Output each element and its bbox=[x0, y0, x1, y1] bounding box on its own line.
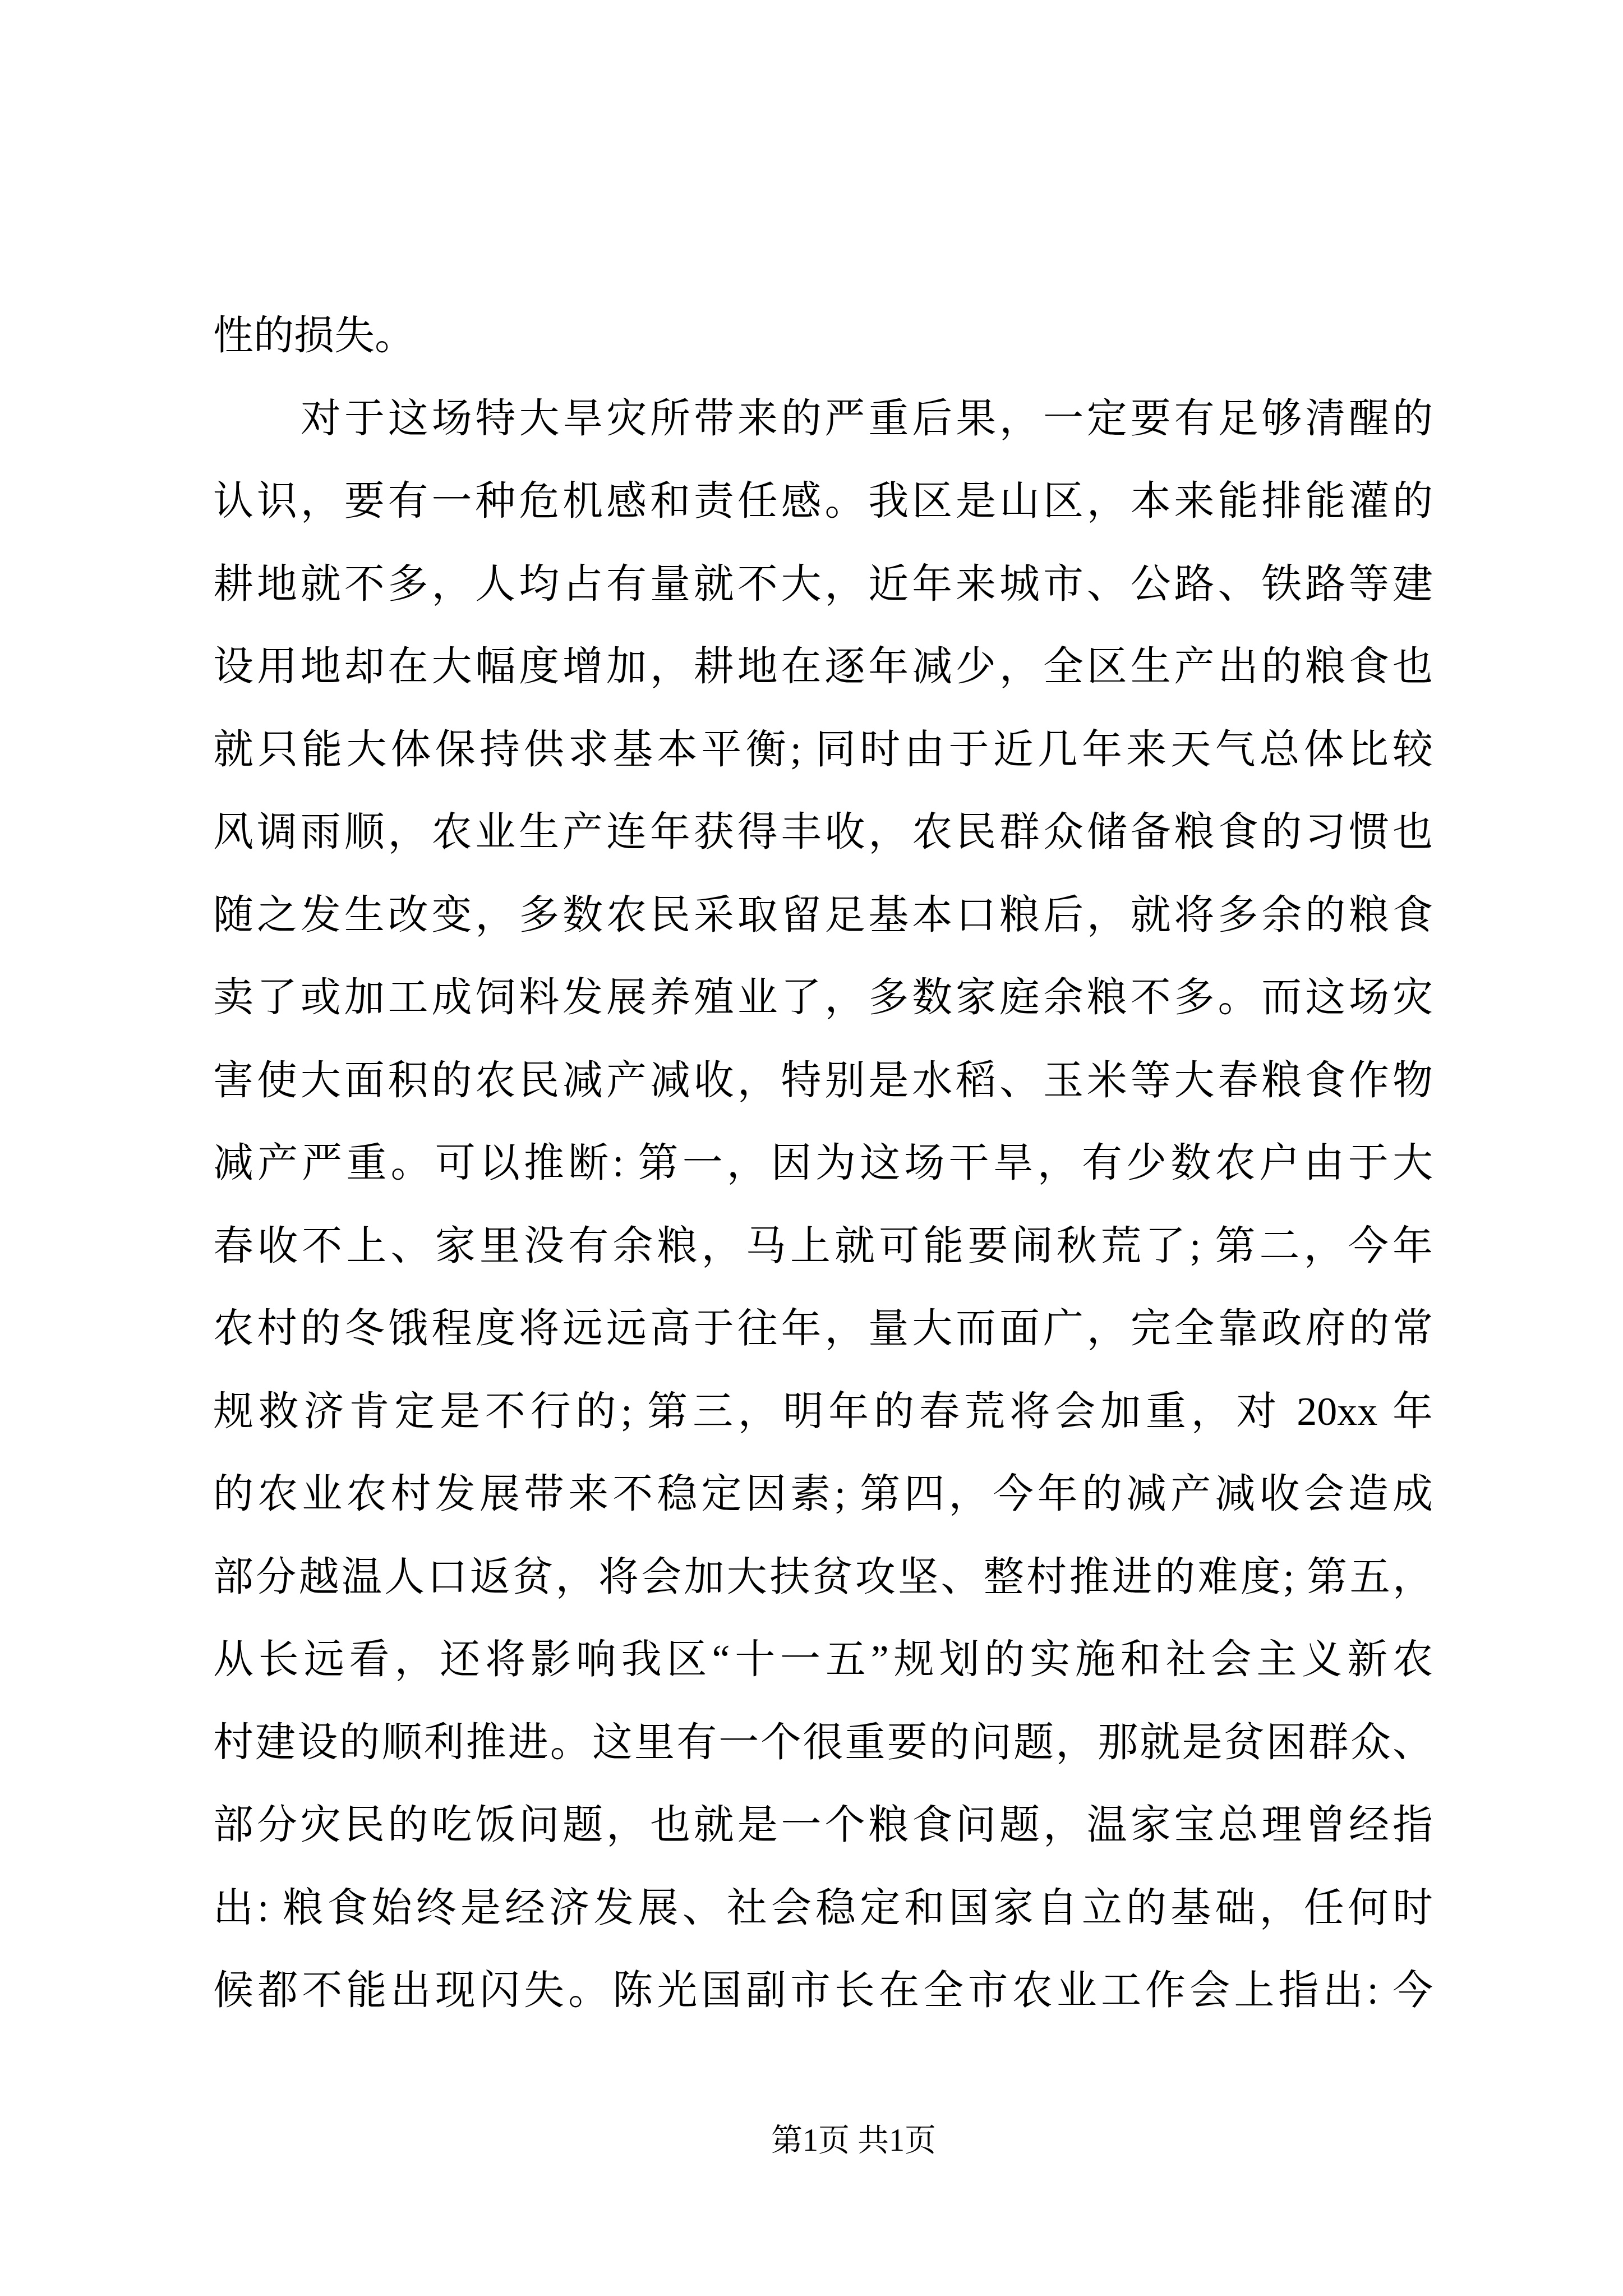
text-line: 部分灾民的吃饭问题，也就是一个粮食问题，温家宝总理曾经指 bbox=[213, 1784, 1433, 1867]
text-line: 认识，要有一种危机感和责任感。我区是山区，本来能排能灌的 bbox=[213, 460, 1433, 543]
text-line: 随之发生改变，多数农民采取留足基本口粮后，就将多余的粮食 bbox=[213, 874, 1433, 957]
text-line: 设用地却在大幅度增加，耕地在逐年减少，全区生产出的粮食也 bbox=[213, 625, 1433, 708]
text-line: 风调雨顺，农业生产连年获得丰收，农民群众储备粮食的习惯也 bbox=[213, 791, 1433, 874]
text-line: 农村的冬饿程度将远远高于往年，量大而面广，完全靠政府的常 bbox=[213, 1287, 1433, 1370]
text-line: 减产严重。可以推断: 第一，因为这场干旱，有少数农户由于大 bbox=[213, 1122, 1433, 1205]
text-line: 害使大面积的农民减产减收，特别是水稻、玉米等大春粮食作物 bbox=[213, 1039, 1433, 1122]
text-line: 从长远看，还将影响我区“十一五”规划的实施和社会主义新农 bbox=[213, 1618, 1433, 1701]
text-line: 春收不上、家里没有余粮，马上就可能要闹秋荒了; 第二，今年 bbox=[213, 1205, 1433, 1288]
document-page: 性的损失。 对于这场特大旱灾所带来的严重后果，一定要有足够清醒的 认识，要有一种… bbox=[0, 0, 1623, 2296]
text-line: 卖了或加工成饲料发展养殖业了，多数家庭余粮不多。而这场灾 bbox=[213, 956, 1433, 1039]
text-line: 部分越温人口返贫，将会加大扶贫攻坚、整村推进的难度; 第五， bbox=[213, 1536, 1433, 1619]
text-line: 就只能大体保持供求基本平衡; 同时由于近几年来天气总体比较 bbox=[213, 708, 1433, 792]
text-line: 对于这场特大旱灾所带来的严重后果，一定要有足够清醒的 bbox=[213, 378, 1433, 461]
text-line: 候都不能出现闪失。陈光国副市长在全市农业工作会上指出: 今 bbox=[213, 1949, 1433, 2032]
text-line: 规救济肯定是不行的; 第三，明年的春荒将会加重，对 20xx 年 bbox=[213, 1370, 1433, 1453]
text-line: 耕地就不多，人均占有量就不大，近年来城市、公路、铁路等建 bbox=[213, 543, 1433, 626]
document-body: 性的损失。 对于这场特大旱灾所带来的严重后果，一定要有足够清醒的 认识，要有一种… bbox=[213, 295, 1433, 2032]
text-line: 性的损失。 bbox=[213, 295, 1433, 378]
text-line: 的农业农村发展带来不稳定因素; 第四，今年的减产减收会造成 bbox=[213, 1453, 1433, 1536]
text-line: 出: 粮食始终是经济发展、社会稳定和国家自立的基础，任何时 bbox=[213, 1867, 1433, 1950]
text-line: 村建设的顺利推进。这里有一个很重要的问题，那就是贫困群众、 bbox=[213, 1701, 1433, 1784]
page-number: 第1页 共1页 bbox=[0, 2118, 1623, 2163]
